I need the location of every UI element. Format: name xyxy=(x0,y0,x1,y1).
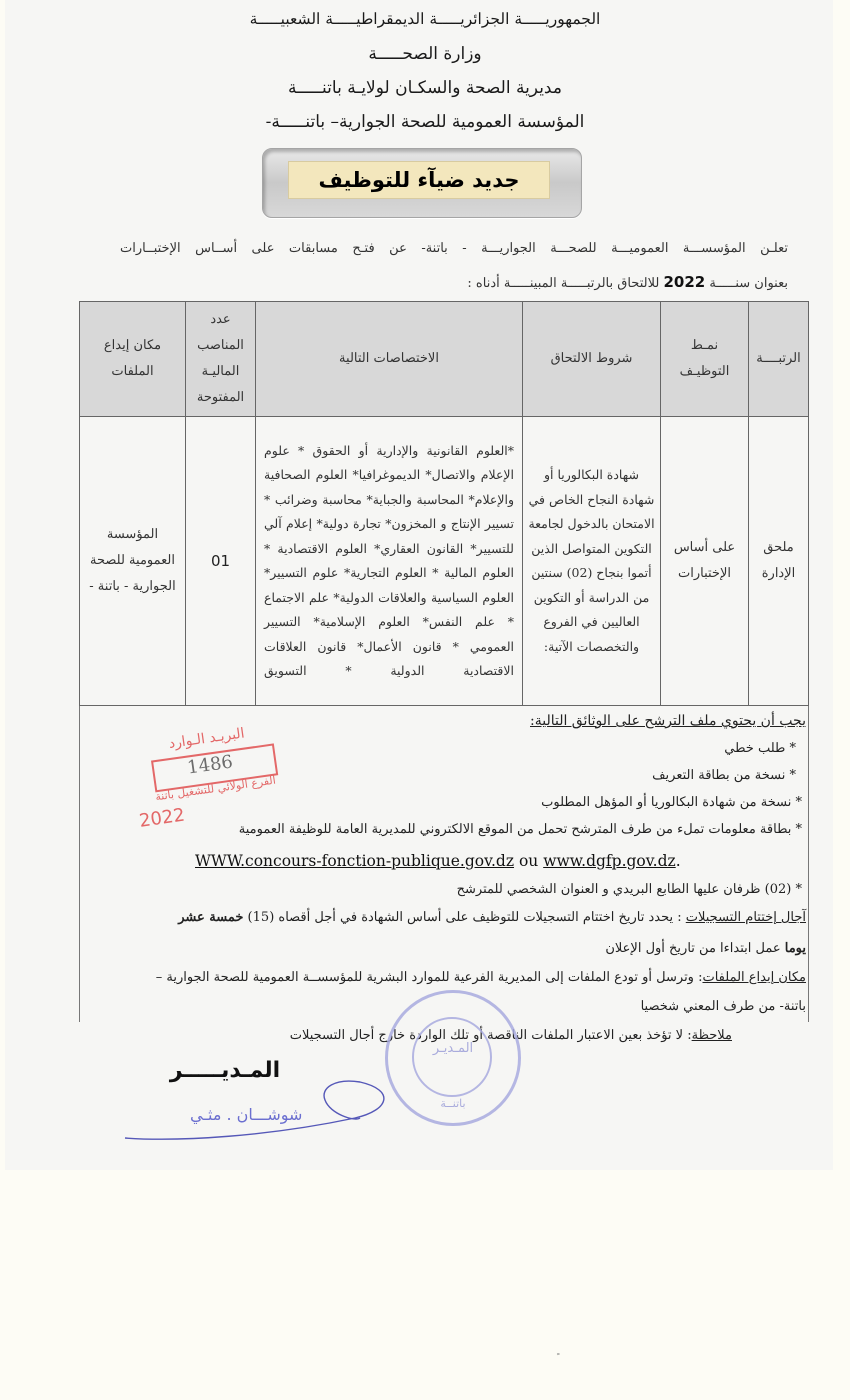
header-deposit-place: مكان إيداع الملفات xyxy=(80,302,186,417)
document-item: * (02) ظرفان عليها الطابع البريدي و العن… xyxy=(122,882,802,897)
deadline-days: يوما xyxy=(785,941,806,956)
link-separator: ou xyxy=(514,852,543,870)
deadline-label: آجال إختتام التسجيلات xyxy=(686,910,806,925)
director-name: شوشـــان . مثـي xyxy=(190,1105,302,1124)
deadline-bold: خمسة عشر xyxy=(178,910,243,925)
note-label: ملاحظة xyxy=(692,1028,732,1043)
stamp-year: 2022 xyxy=(138,805,186,832)
institution-header: المؤسسة العمومية للصحة الجوارية– باتنـــ… xyxy=(0,112,850,132)
deadline-paragraph-line-2: يوما عمل ابتداءا من تاريخ أول الإعلان xyxy=(126,941,806,956)
seal-inner-ring xyxy=(412,1017,492,1097)
cell-recruitment-mode: على أساس الإختبارات xyxy=(661,417,749,706)
header-conditions: شروط الالتحاق xyxy=(523,302,661,417)
deadline-text-2: عمل ابتداءا من تاريخ أول الإعلان xyxy=(605,941,784,956)
cell-conditions: شهادة البكالوريا أو شهادة النجاح الخاص ف… xyxy=(523,417,661,706)
cell-specialties: *العلوم القانونية والإدارية أو الحقوق * … xyxy=(256,417,523,706)
intro-prefix: بعنوان سنـــــة xyxy=(709,276,788,291)
intro-line-1: تعلـن المؤسســـة العموميـــة للصحـــة ال… xyxy=(120,241,788,256)
deadline-text: : يحدد تاريخ اختتام التسجيلات للتوظيف عل… xyxy=(243,910,685,925)
intro-line-2: بعنوان سنـــــة 2022 للالتحاق بالرتبــــ… xyxy=(120,273,788,291)
deposit-text: : وترسل أو تودع الملفات إلى المديرية الف… xyxy=(156,970,703,985)
cell-positions: 01 xyxy=(186,417,256,706)
header-rank: الرتبــــة xyxy=(749,302,809,417)
banner-title: جديد ضيآء للتوظيف xyxy=(288,161,550,199)
country-header: الجمهوريـــــة الجزائريـــــة الديمقراطي… xyxy=(0,10,850,28)
deadline-paragraph: آجال إختتام التسجيلات : يحدد تاريخ اختتا… xyxy=(126,910,806,925)
link-end: . xyxy=(676,852,681,870)
header-specialties: الاختصاصات التالية xyxy=(256,302,523,417)
cell-rank: ملحق الإدارة xyxy=(749,417,809,706)
websites-line: WWW.concours-fonction-publique.gov.dz ou… xyxy=(195,852,850,870)
link-concours[interactable]: WWW.concours-fonction-publique.gov.dz xyxy=(195,852,514,870)
ministry-header: وزارة الصحـــــة xyxy=(0,44,850,64)
directorate-header: مديرية الصحة والسكـان لولايـة باتنـــــة xyxy=(0,78,850,98)
header-positions: عدد المناصب الماليـة المفتوحة xyxy=(186,302,256,417)
table-row: ملحق الإدارة على أساس الإختبارات شهادة ا… xyxy=(80,417,809,706)
deposit-label: مكان إيداع الملفات xyxy=(702,970,806,985)
deposit-paragraph: مكان إيداع الملفات: وترسل أو تودع الملفا… xyxy=(126,970,806,985)
intro-year: 2022 xyxy=(663,273,705,291)
cell-deposit-place: المؤسسة العمومية للصحة الجوارية - باتنة … xyxy=(80,417,186,706)
seal-label: المـديـر xyxy=(388,1041,518,1056)
intro-suffix: للالتحاق بالرتبـــــة المبينـــــة أدناه… xyxy=(467,276,659,291)
incoming-mail-stamp: البريـد الـوارد 1486 الفرع الولائي للتشغ… xyxy=(123,719,307,852)
positions-table: الرتبــــة نمـط التوظيـف شروط الالتحاق ا… xyxy=(79,301,809,706)
header-recruitment-mode: نمـط التوظيـف xyxy=(661,302,749,417)
link-dgfp[interactable]: www.dgfp.gov.dz xyxy=(543,852,676,870)
table-header-row: الرتبــــة نمـط التوظيـف شروط الالتحاق ا… xyxy=(80,302,809,417)
